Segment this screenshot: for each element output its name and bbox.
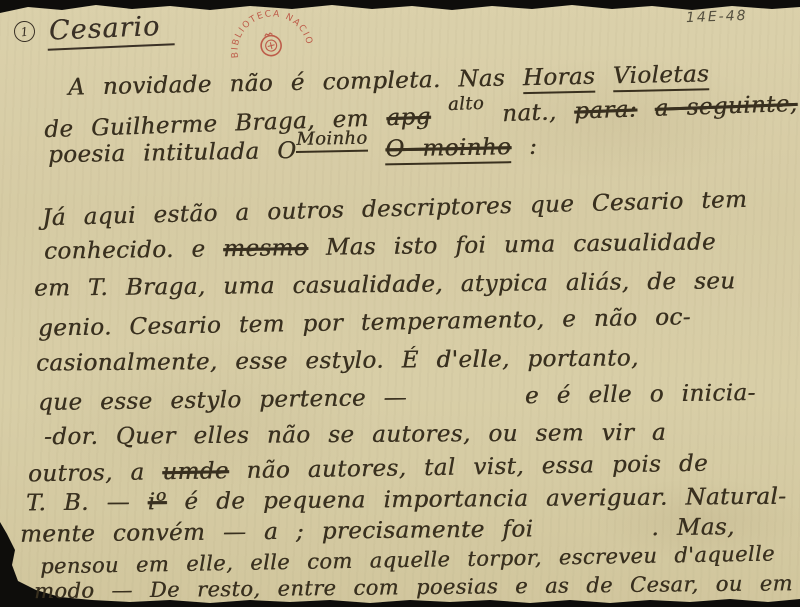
manuscript-line: conhecido. e mesmo Mas isto foi uma casu… [44,229,716,264]
struck-text: para: [574,96,638,124]
manuscript-line: Já aqui estão a outros descriptores que … [42,187,748,231]
handwritten-text: Nas [458,65,523,92]
handwritten-text: mente convém — a ; precisamente foi [20,516,534,547]
manuscript-line: A novidade não é completa. Nas Horas Vio… [68,61,710,100]
manuscript-body: A novidade não é completa. Nas Horas Vio… [0,0,800,607]
manuscript-line: T. B. — iº é de pequena importancia aver… [26,484,787,517]
struck-text: mesmo [223,235,308,262]
struck-text: iº [148,489,167,515]
underlined-text: Horas [522,64,595,95]
handwritten-text: é de pequena importancia averiguar. Natu… [167,484,787,515]
handwritten-text: conhecido. e [44,236,223,264]
handwritten-text: Já aqui estão a outros descriptores que … [42,187,748,231]
handwritten-text: e é elle o inicia- [525,380,756,409]
handwritten-text [595,63,613,89]
handwritten-text: . Mas, [651,514,735,541]
handwritten-text [367,136,385,162]
handwritten-text: que esse estylo pertence — [38,385,407,416]
struck-text: a seguinte, [654,91,798,122]
handwritten-text [637,96,656,123]
manuscript-line: mente convém — a ; precisamente foi . Ma… [20,514,735,547]
handwritten-text: nat., [484,99,575,128]
manuscript-line: -dor. Quer elles não se autores, ou sem … [44,420,666,450]
manuscript-line: em T. Braga, uma casualidade, atypica al… [34,268,736,301]
handwritten-text: : [511,134,537,160]
handwritten-text: genio. Cesario tem por temperamento, e n… [38,304,691,341]
handwritten-text: alto [448,93,485,115]
manuscript-line: que esse estylo pertence — e é elle o in… [38,380,756,416]
handwritten-text: poesia intitulada O [48,138,297,168]
handwritten-text: casionalmente, esse estylo. É d'elle, po… [36,345,639,376]
handwritten-text [407,383,525,411]
handwritten-text: -dor. Quer elles não se autores, ou sem … [44,420,666,450]
struck-text: O moinho [385,134,511,165]
struck-text: umde [162,458,229,485]
handwritten-text: outros, a [28,459,163,487]
underlined-text: Violetas [613,61,710,92]
handwritten-text: T. B. — [26,489,148,516]
handwritten-text: Mas isto foi uma casualidade [308,229,716,261]
handwritten-text: A novidade não é completa. [68,67,459,101]
manuscript-line: outros, a umde não autores, tal vist, es… [28,451,708,488]
handwritten-text [430,103,449,130]
manuscript-line: genio. Cesario tem por temperamento, e n… [38,304,691,341]
handwritten-text: não autores, tal vist, essa pois de [229,451,709,485]
struck-text: apg [386,104,431,132]
manuscript-line: casionalmente, esse estylo. É d'elle, po… [36,345,639,376]
underlined-text: Moinho [296,128,368,153]
handwritten-text [533,515,651,542]
handwritten-text: em T. Braga, uma casualidade, atypica al… [34,268,736,301]
